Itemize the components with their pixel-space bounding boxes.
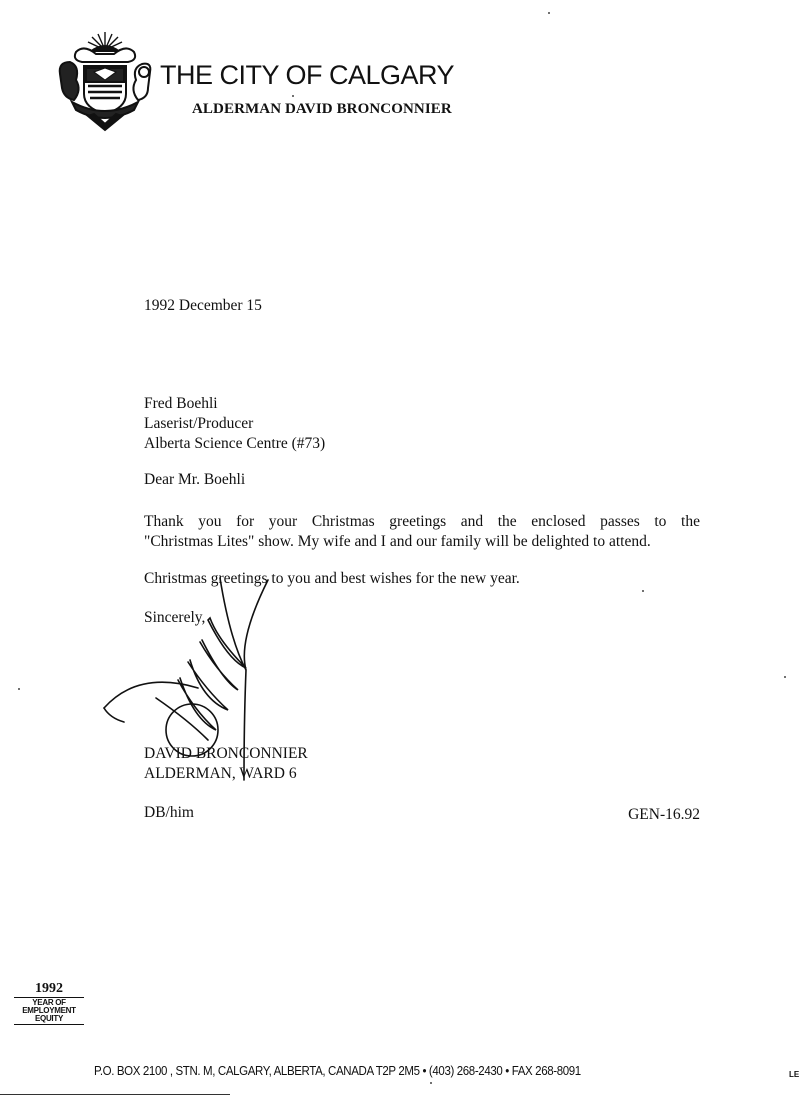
paragraph-1-line-1: Thank you for your Christmas greetings a… bbox=[144, 512, 700, 532]
equity-line-3: EQUITY bbox=[12, 1015, 86, 1023]
recipient-name: Fred Boehli bbox=[144, 394, 325, 414]
coat-of-arms-icon bbox=[54, 28, 156, 132]
employment-equity-badge: 1992 YEAR OF EMPLOYMENT EQUITY bbox=[12, 982, 86, 1026]
scan-speck bbox=[642, 590, 644, 592]
organization-name: THE CITY OF CALGARY bbox=[160, 60, 454, 91]
letter-date: 1992 December 15 bbox=[144, 296, 262, 316]
equity-year: 1992 bbox=[12, 982, 86, 996]
signatory-name: DAVID BRONCONNIER bbox=[144, 744, 308, 764]
bottom-rule bbox=[0, 1094, 230, 1095]
reference-number: GEN-16.92 bbox=[628, 805, 700, 825]
recipient-organization: Alberta Science Centre (#73) bbox=[144, 434, 325, 454]
scan-speck bbox=[18, 688, 20, 690]
scan-speck bbox=[430, 1082, 432, 1084]
salutation: Dear Mr. Boehli bbox=[144, 470, 245, 490]
scan-speck bbox=[784, 676, 786, 678]
recipient-block: Fred Boehli Laserist/Producer Alberta Sc… bbox=[144, 394, 325, 454]
recipient-title: Laserist/Producer bbox=[144, 414, 325, 434]
signatory-title: ALDERMAN, WARD 6 bbox=[144, 764, 297, 784]
corner-mark: LE bbox=[789, 1070, 799, 1079]
sender-heading: ALDERMAN DAVID BRONCONNIER bbox=[192, 101, 452, 118]
footer-address: P.O. BOX 2100 , STN. M, CALGARY, ALBERTA… bbox=[94, 1064, 581, 1078]
scan-speck bbox=[548, 12, 550, 14]
equity-rule-bottom bbox=[14, 1024, 84, 1025]
paragraph-1-line-2: "Christmas Lites" show. My wife and I an… bbox=[144, 533, 651, 550]
scan-speck bbox=[292, 95, 294, 97]
body-paragraph-1: Thank you for your Christmas greetings a… bbox=[144, 512, 700, 552]
typist-initials: DB/him bbox=[144, 803, 194, 823]
